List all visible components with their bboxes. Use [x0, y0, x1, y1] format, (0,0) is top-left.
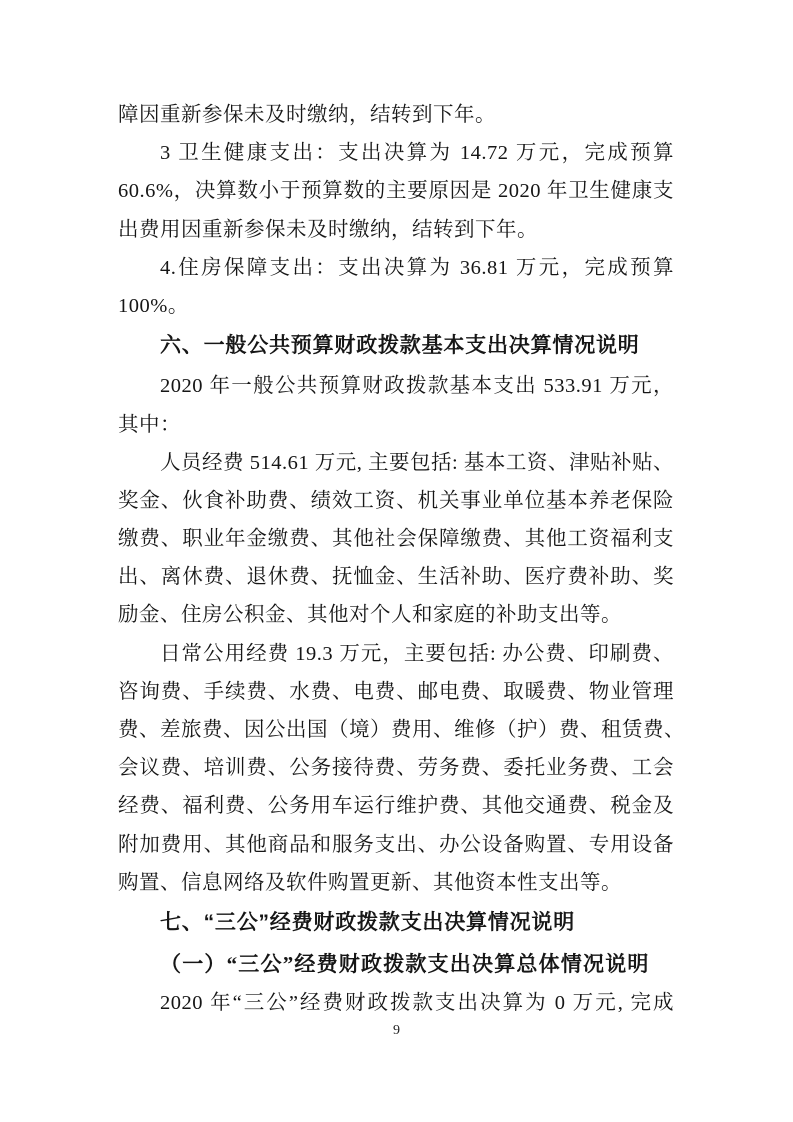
- text-line: 咨询费、手续费、水费、电费、邮电费、取暖费、物业管理: [118, 673, 674, 711]
- text-line: 费、差旅费、因公出国（境）费用、维修（护）费、租赁费、: [118, 711, 674, 749]
- text-line: 出、离休费、退休费、抚恤金、生活补助、医疗费补助、奖: [118, 558, 674, 596]
- text-line: 日常公用经费 19.3 万元，主要包括: 办公费、印刷费、: [118, 635, 674, 673]
- text-line: 励金、住房公积金、其他对个人和家庭的补助支出等。: [118, 596, 674, 634]
- text-line: 会议费、培训费、公务接待费、劳务费、委托业务费、工会: [118, 749, 674, 787]
- text-line: 4.住房保障支出：支出决算为 36.81 万元，完成预算: [118, 249, 674, 287]
- text-line: 其中：: [118, 406, 674, 444]
- page-number: 9: [0, 1022, 793, 1040]
- heading-line: 六、一般公共预算财政拨款基本支出决算情况说明: [118, 327, 674, 365]
- text-line: 3 卫生健康支出：支出决算为 14.72 万元，完成预算: [118, 134, 674, 172]
- text-line: 障因重新参保未及时缴纳，结转到下年。: [118, 96, 674, 134]
- text-line: 购置、信息网络及软件购置更新、其他资本性支出等。: [118, 864, 674, 902]
- document-body: 障因重新参保未及时缴纳，结转到下年。3 卫生健康支出：支出决算为 14.72 万…: [118, 96, 674, 1023]
- text-line: 100%。: [118, 287, 674, 325]
- text-line: 60.6%，决算数小于预算数的主要原因是 2020 年卫生健康支: [118, 172, 674, 210]
- text-line: 奖金、伙食补助费、绩效工资、机关事业单位基本养老保险: [118, 482, 674, 520]
- text-line: 人员经费 514.61 万元, 主要包括: 基本工资、津贴补贴、: [118, 444, 674, 482]
- text-line: 出费用因重新参保未及时缴纳，结转到下年。: [118, 211, 674, 249]
- document-page: 障因重新参保未及时缴纳，结转到下年。3 卫生健康支出：支出决算为 14.72 万…: [0, 0, 793, 1122]
- text-line: 附加费用、其他商品和服务支出、办公设备购置、专用设备: [118, 826, 674, 864]
- text-line: 经费、福利费、公务用车运行维护费、其他交通费、税金及: [118, 787, 674, 825]
- text-line: 缴费、职业年金缴费、其他社会保障缴费、其他工资福利支: [118, 520, 674, 558]
- heading-line: 七、“三公”经费财政拨款支出决算情况说明: [118, 904, 674, 942]
- text-line: 2020 年“三公”经费财政拨款支出决算为 0 万元, 完成: [118, 984, 674, 1022]
- text-line: 2020 年一般公共预算财政拨款基本支出 533.91 万元，: [118, 367, 674, 405]
- heading-line: （一）“三公”经费财政拨款支出决算总体情况说明: [118, 945, 674, 983]
